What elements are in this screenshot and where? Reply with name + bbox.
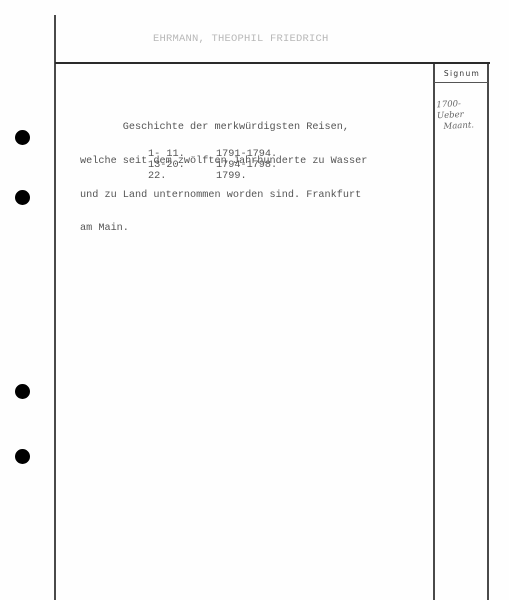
volume-numbers: 1- 11. (148, 149, 216, 160)
title-line: Geschichte der merkwürdigsten Reisen, (80, 122, 367, 133)
signum-header-underline (434, 82, 488, 83)
volume-years: 1794-1798. (216, 160, 277, 171)
title-line: und zu Land unternommen worden sind. Fra… (80, 190, 367, 201)
signum-label: Signum (436, 66, 488, 82)
header-divider-line (55, 62, 490, 64)
catalog-card: EHRMANN, THEOPHIL FRIEDRICH Signum 1700-… (0, 0, 509, 600)
volume-list: 1- 11. 1791-1794. 13-20. 1794-1798. 22. … (148, 149, 277, 183)
volume-numbers: 13-20. (148, 160, 216, 171)
volume-numbers: 22. (148, 171, 216, 182)
volume-years: 1791-1794. (216, 149, 277, 160)
title-line: am Main. (80, 223, 367, 234)
signum-column-divider (433, 64, 435, 600)
left-border-line (54, 15, 56, 600)
volume-row: 13-20. 1794-1798. (148, 160, 277, 171)
volume-years: 1799. (216, 171, 247, 182)
punch-hole (15, 130, 30, 145)
right-border-line (487, 64, 489, 600)
punch-hole (15, 190, 30, 205)
punch-hole (15, 384, 30, 399)
signum-value: 1700-Ueber Maant. (436, 98, 488, 134)
punch-hole (15, 449, 30, 464)
volume-row: 1- 11. 1791-1794. (148, 149, 277, 160)
volume-row: 22. 1799. (148, 171, 277, 182)
author-heading: EHRMANN, THEOPHIL FRIEDRICH (153, 33, 329, 45)
signum-value-line1: 1700-Ueber (436, 98, 487, 123)
signum-value-line2: Maant. (437, 120, 488, 134)
